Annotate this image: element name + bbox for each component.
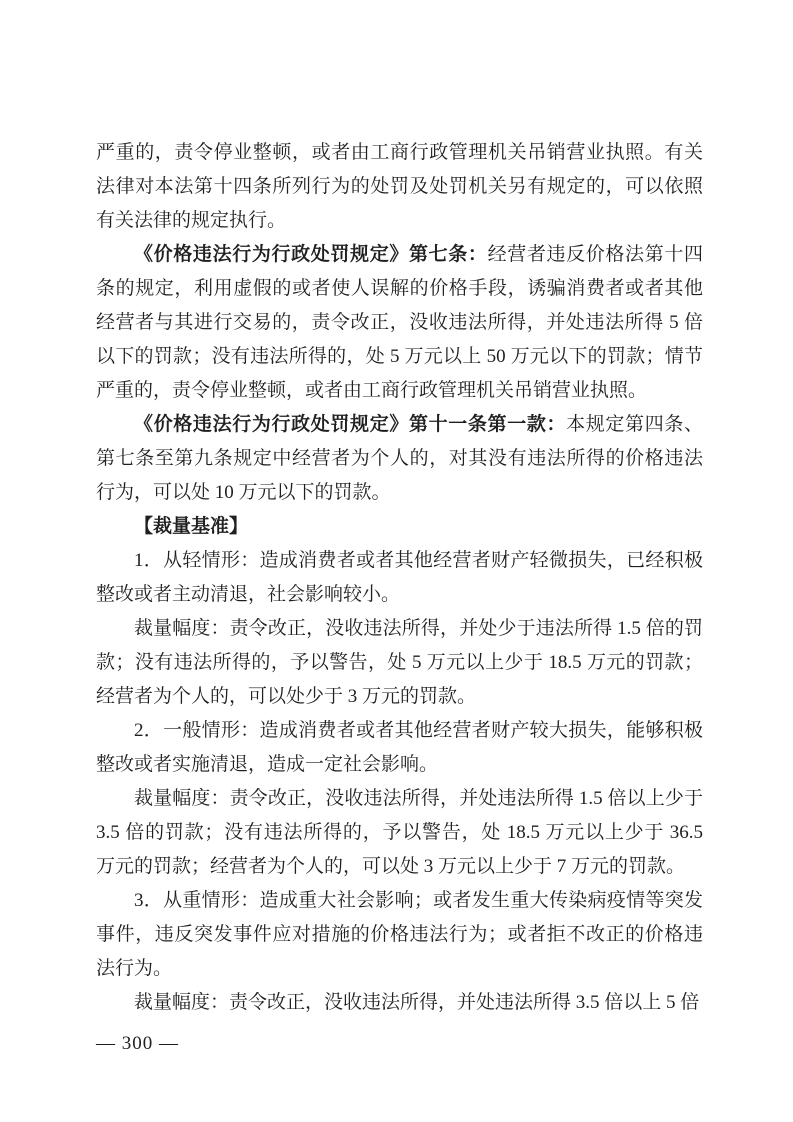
para-regulation-article-7: 《价格违法行为行政处罚规定》第七条：经营者违反价格法第十四条的规定，利用虚假的或… (96, 238, 703, 408)
para-range-1: 裁量幅度：责令改正，没收违法所得，并处少于违法所得 1.5 倍的罚款；没有违法所… (96, 612, 703, 714)
text-segment: 裁量幅度：责令改正，没收违法所得，并处违法所得 3.5 倍以上 5 倍 (134, 992, 699, 1013)
para-item-1-lenient: 1．从轻情形：造成消费者或者其他经营者财产轻微损失，已经积极整改或者主动清退，社… (96, 544, 703, 612)
bold-segment: 《价格违法行为行政处罚规定》第十一条第一款： (134, 414, 566, 435)
document-body: 严重的，责令停业整顿，或者由工商行政管理机关吊销营业执照。有关法律对本法第十四条… (96, 136, 703, 1020)
para-heading-discretion-basis: 【裁量基准】 (96, 510, 703, 544)
bold-segment: 《价格违法行为行政处罚规定》第七条： (134, 244, 488, 265)
para-item-2-general: 2．一般情形：造成消费者或者其他经营者财产较大损失，能够积极整改或者实施清退，造… (96, 714, 703, 782)
text-segment: 裁量幅度：责令改正，没收违法所得，并处少于违法所得 1.5 倍的罚款；没有违法所… (96, 618, 703, 707)
para-item-3-severe: 3．从重情形：造成重大社会影响；或者发生重大传染病疫情等突发事件，违反突发事件应… (96, 884, 703, 986)
text-segment: 3．从重情形：造成重大社会影响；或者发生重大传染病疫情等突发事件，违反突发事件应… (96, 890, 703, 979)
para-law-continuation: 严重的，责令停业整顿，或者由工商行政管理机关吊销营业执照。有关法律对本法第十四条… (96, 136, 703, 238)
text-segment: 经营者违反价格法第十四条的规定，利用虚假的或者使人误解的价格手段，诱骗消费者或者… (96, 244, 703, 401)
text-segment: 2．一般情形：造成消费者或者其他经营者财产较大损失，能够积极整改或者实施清退，造… (96, 720, 703, 775)
para-range-3-cutoff: 裁量幅度：责令改正，没收违法所得，并处违法所得 3.5 倍以上 5 倍 (96, 986, 703, 1020)
text-segment: 严重的，责令停业整顿，或者由工商行政管理机关吊销营业执照。有关法律对本法第十四条… (96, 142, 703, 231)
text-segment: 1．从轻情形：造成消费者或者其他经营者财产轻微损失，已经积极整改或者主动清退，社… (96, 550, 703, 605)
page-footer: — 300 — (96, 1028, 179, 1060)
bold-segment: 【裁量基准】 (134, 516, 248, 537)
text-segment: 裁量幅度：责令改正，没收违法所得，并处违法所得 1.5 倍以上少于 3.5 倍的… (96, 788, 703, 877)
para-regulation-article-11: 《价格违法行为行政处罚规定》第十一条第一款：本规定第四条、第七条至第九条规定中经… (96, 408, 703, 510)
para-range-2: 裁量幅度：责令改正，没收违法所得，并处违法所得 1.5 倍以上少于 3.5 倍的… (96, 782, 703, 884)
page-number: — 300 — (96, 1033, 179, 1054)
document-page: 严重的，责令停业整顿，或者由工商行政管理机关吊销营业执照。有关法律对本法第十四条… (0, 0, 793, 1122)
